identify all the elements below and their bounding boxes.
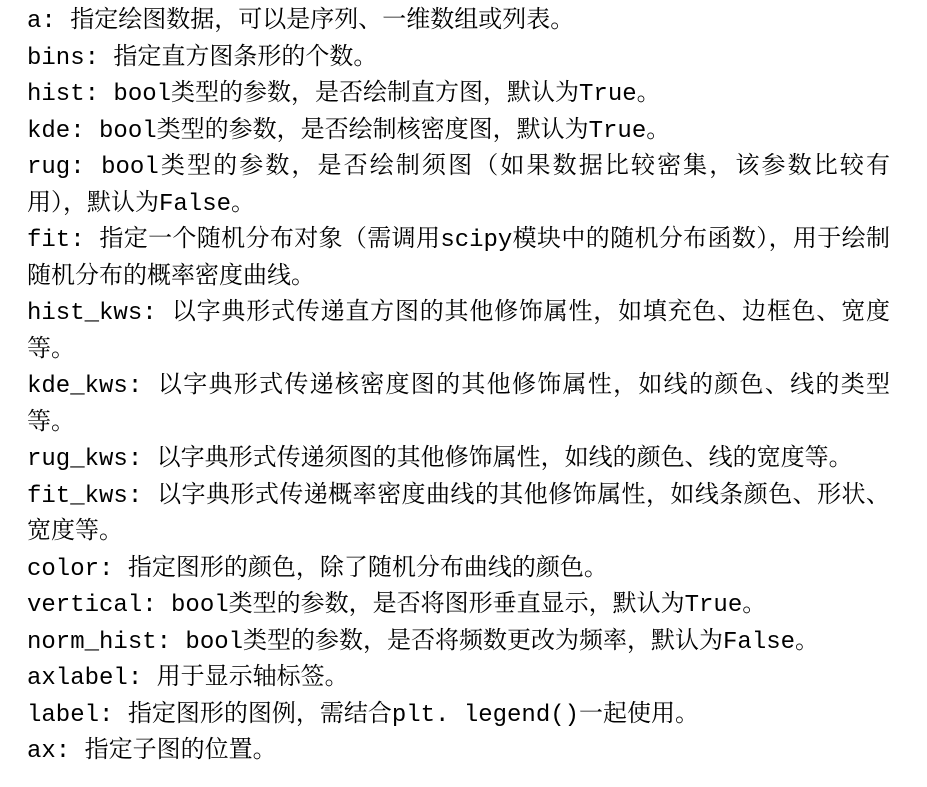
param-line-fit-continued: 随机分布的概率密度曲线。 (27, 260, 890, 297)
param-line-color: color: 指定图形的颜色，除了随机分布曲线的颜色。 (27, 552, 890, 589)
param-line-ax: ax: 指定子图的位置。 (27, 734, 890, 771)
param-line-kde: kde: bool类型的参数，是否绘制核密度图，默认为True。 (27, 114, 890, 151)
param-line-rug-continued: 用），默认为False。 (27, 187, 890, 224)
param-line-hist-kws-continued: 等。 (27, 333, 890, 370)
param-line-hist: hist: bool类型的参数，是否绘制直方图，默认为True。 (27, 77, 890, 114)
param-line-rug-kws: rug_kws: 以字典形式传递须图的其他修饰属性，如线的颜色、线的宽度等。 (27, 442, 890, 479)
param-line-bins: bins: 指定直方图条形的个数。 (27, 41, 890, 78)
document-page: a: 指定绘图数据，可以是序列、一维数组或列表。 bins: 指定直方图条形的个… (0, 0, 927, 771)
param-line-kde-kws: kde_kws: 以字典形式传递核密度图的其他修饰属性，如线的颜色、线的类型 (27, 369, 890, 406)
param-line-norm-hist: norm_hist: bool类型的参数，是否将频数更改为频率，默认为False… (27, 625, 890, 662)
param-line-kde-kws-continued: 等。 (27, 406, 890, 443)
param-line-fit-kws-continued: 宽度等。 (27, 515, 890, 552)
param-line-fit-kws: fit_kws: 以字典形式传递概率密度曲线的其他修饰属性，如线条颜色、形状、 (27, 479, 890, 516)
param-line-fit: fit: 指定一个随机分布对象（需调用scipy模块中的随机分布函数），用于绘制 (27, 223, 890, 260)
param-line-vertical: vertical: bool类型的参数，是否将图形垂直显示，默认为True。 (27, 588, 890, 625)
param-line-rug: rug: bool类型的参数，是否绘制须图（如果数据比较密集，该参数比较有 (27, 150, 890, 187)
param-line-hist-kws: hist_kws: 以字典形式传递直方图的其他修饰属性，如填充色、边框色、宽度 (27, 296, 890, 333)
param-line-axlabel: axlabel: 用于显示轴标签。 (27, 661, 890, 698)
param-line-label: label: 指定图形的图例，需结合plt. legend()一起使用。 (27, 698, 890, 735)
param-line-a: a: 指定绘图数据，可以是序列、一维数组或列表。 (27, 4, 890, 41)
